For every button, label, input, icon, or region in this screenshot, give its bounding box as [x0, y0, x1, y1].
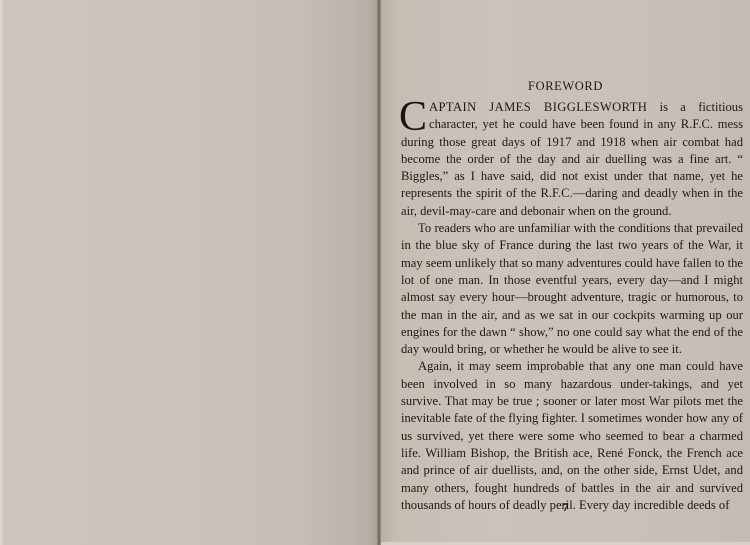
paragraph-1-text: is a fictitious character, yet he could … [401, 100, 743, 218]
paragraph-2: To readers who are unfamiliar with the c… [401, 220, 743, 358]
opening-small-caps: APTAIN JAMES BIGGLESWORTH [429, 100, 647, 114]
left-page-blank [0, 0, 378, 545]
right-page: FOREWORD CAPTAIN JAMES BIGGLESWORTH is a… [381, 0, 750, 545]
paragraph-1: CAPTAIN JAMES BIGGLESWORTH is a fictitio… [401, 99, 743, 220]
page-number: 7 [381, 500, 750, 515]
paragraph-3: Again, it may seem improbable that any o… [401, 358, 743, 514]
foreword-body: CAPTAIN JAMES BIGGLESWORTH is a fictitio… [401, 99, 743, 514]
drop-cap: C [399, 101, 427, 133]
book-spread: FOREWORD CAPTAIN JAMES BIGGLESWORTH is a… [0, 0, 750, 545]
page-heading: FOREWORD [381, 79, 750, 94]
